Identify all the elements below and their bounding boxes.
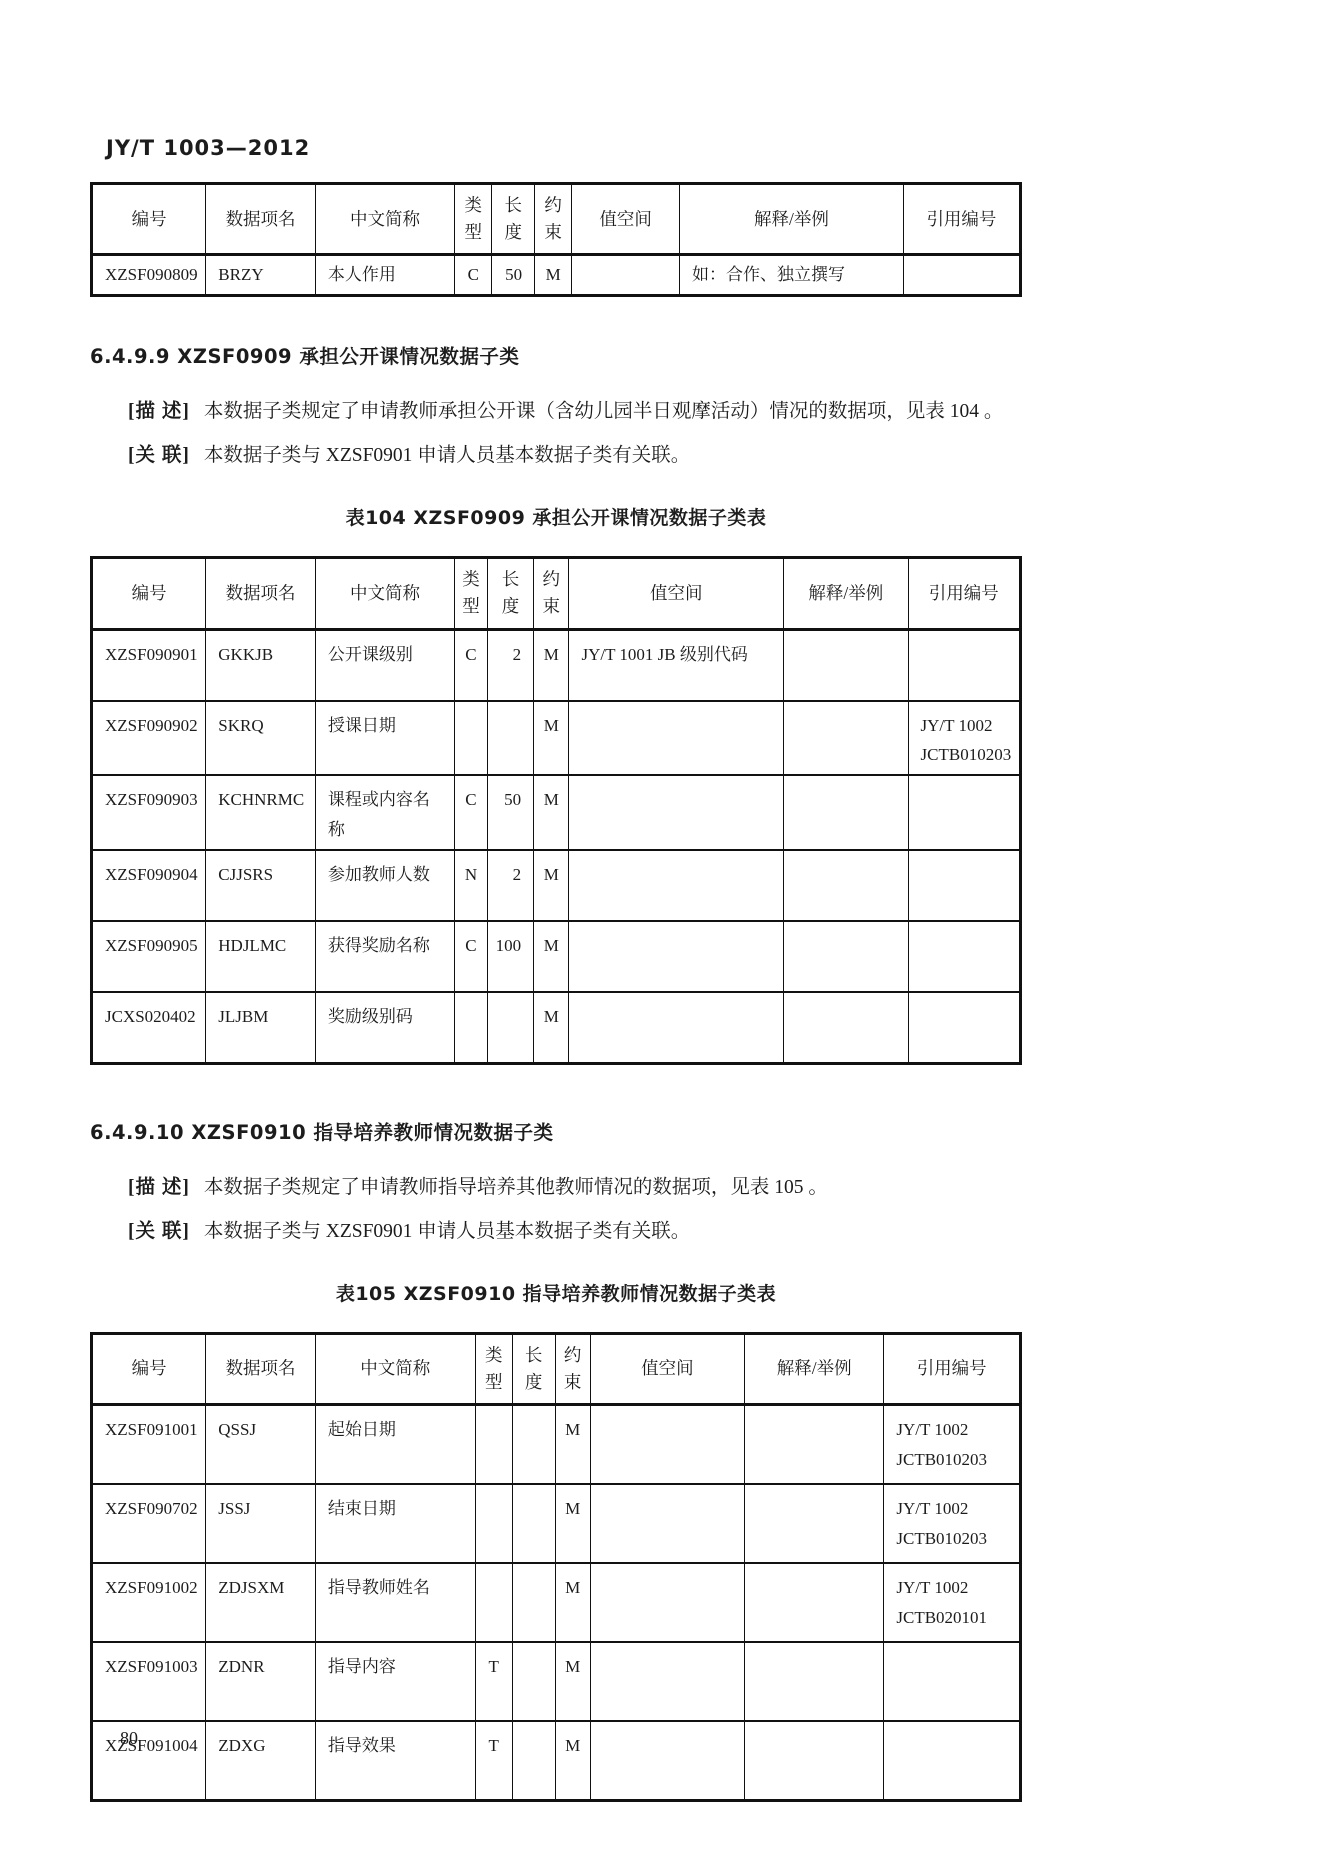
table-cell: 50 — [487, 775, 533, 850]
table-cell: 公开课级别 — [315, 629, 454, 701]
table-cell — [512, 1721, 555, 1801]
table-cell — [745, 1563, 884, 1642]
table-cell — [908, 992, 1020, 1064]
relation-text: 本数据子类与 XZSF0901 申请人员基本数据子类有关联。 — [204, 1221, 690, 1242]
table-cell — [745, 1721, 884, 1801]
table-cell: KCHNRMC — [206, 775, 316, 850]
table-cell: 获得奖励名称 — [315, 921, 454, 992]
column-header: 引用编号 — [908, 558, 1020, 629]
table-cell: XZSF091001 — [92, 1405, 206, 1485]
table-row: JCXS020402JLJBM奖励级别码M — [92, 992, 1021, 1064]
section-heading-6499: 6.4.9.9 XZSF0909 承担公开课情况数据子类 — [90, 341, 1022, 369]
table-cell: M — [555, 1563, 590, 1642]
table-cell: ZDXG — [206, 1721, 316, 1801]
column-header: 编号 — [92, 184, 206, 255]
table-cell: M — [555, 1484, 590, 1563]
table-cell: M — [534, 850, 569, 921]
column-header: 长 度 — [512, 1333, 555, 1404]
table-cell: 指导内容 — [315, 1642, 475, 1721]
column-header: 引用编号 — [884, 1333, 1021, 1404]
description-text: 本数据子类规定了申请教师承担公开课（含幼儿园半日观摩活动）情况的数据项，见表 1… — [204, 401, 1004, 422]
table-row: XZSF090901GKKJB公开课级别C2MJY/T 1001 JB 级别代码 — [92, 629, 1021, 701]
table-cell — [784, 629, 908, 701]
table-cell — [512, 1563, 555, 1642]
column-header: 长 度 — [487, 558, 533, 629]
table-cell — [908, 850, 1020, 921]
table-cell: 本人作用 — [315, 255, 454, 296]
table-cell — [487, 992, 533, 1064]
column-header: 数据项名 — [206, 558, 316, 629]
table-cell: JY/T 1002 JCTB010203 — [908, 701, 1020, 776]
column-header: 引用编号 — [903, 184, 1020, 255]
relation-text: 本数据子类与 XZSF0901 申请人员基本数据子类有关联。 — [204, 445, 690, 466]
table-cell — [475, 1405, 512, 1485]
table-cell — [784, 921, 908, 992]
table-cell — [908, 921, 1020, 992]
column-header: 值空间 — [590, 1333, 744, 1404]
document-page: JY/T 1003—2012 编号数据项名中文简称类 型长 度约 束值空间解释/… — [0, 0, 1323, 1871]
column-header: 中文简称 — [315, 184, 454, 255]
table-cell — [745, 1405, 884, 1485]
table-cell — [784, 850, 908, 921]
description-label: [描 述] — [128, 401, 190, 422]
table-cell — [590, 1563, 744, 1642]
table-row: XZSF090902SKRQ授课日期MJY/T 1002 JCTB010203 — [92, 701, 1021, 776]
table-cell — [590, 1721, 744, 1801]
table-cell: 指导教师姓名 — [315, 1563, 475, 1642]
column-header: 解释/举例 — [680, 184, 904, 255]
table-cell: XZSF090702 — [92, 1484, 206, 1563]
table-header-row: 编号数据项名中文简称类 型长 度约 束值空间解释/举例引用编号 — [92, 184, 1021, 255]
table-cell — [455, 992, 488, 1064]
table-cell: M — [534, 992, 569, 1064]
table-cell — [569, 992, 784, 1064]
table-cell: 奖励级别码 — [315, 992, 454, 1064]
table-cell: M — [535, 255, 572, 296]
table-row: XZSF091002ZDJSXM指导教师姓名MJY/T 1002 JCTB020… — [92, 1563, 1021, 1642]
column-header: 约 束 — [535, 184, 572, 255]
column-header: 类 型 — [475, 1333, 512, 1404]
table-cell: JCXS020402 — [92, 992, 206, 1064]
table-cell: JSSJ — [206, 1484, 316, 1563]
table-header-row: 编号数据项名中文简称类 型长 度约 束值空间解释/举例引用编号 — [92, 558, 1021, 629]
table-cell: M — [555, 1642, 590, 1721]
column-header: 约 束 — [534, 558, 569, 629]
column-header: 约 束 — [555, 1333, 590, 1404]
column-header: 解释/举例 — [784, 558, 908, 629]
table-105-caption: 表105 XZSF0910 指导培养教师情况数据子类表 — [90, 1279, 1022, 1306]
table-continuation: 编号数据项名中文简称类 型长 度约 束值空间解释/举例引用编号 XZSF0908… — [90, 182, 1022, 297]
table-cell — [908, 775, 1020, 850]
table-cell: JY/T 1002 JCTB010203 — [884, 1405, 1021, 1485]
table-cell: C — [455, 921, 488, 992]
table-cell: 课程或内容名称 — [315, 775, 454, 850]
description-paragraph: [描 述]本数据子类规定了申请教师承担公开课（含幼儿园半日观摩活动）情况的数据项… — [128, 395, 1022, 429]
table-row: XZSF090905HDJLMC获得奖励名称C100M — [92, 921, 1021, 992]
table-row: XZSF090702JSSJ结束日期MJY/T 1002 JCTB010203 — [92, 1484, 1021, 1563]
table-cell: M — [555, 1721, 590, 1801]
table-cell: HDJLMC — [206, 921, 316, 992]
table-cell — [784, 701, 908, 776]
column-header: 中文简称 — [315, 558, 454, 629]
table-cell — [569, 775, 784, 850]
table-cell: M — [555, 1405, 590, 1485]
table-cell: JY/T 1002 JCTB020101 — [884, 1563, 1021, 1642]
table-104: 编号数据项名中文简称类 型长 度约 束值空间解释/举例引用编号 XZSF0909… — [90, 556, 1022, 1064]
column-header: 中文简称 — [315, 1333, 475, 1404]
column-header: 数据项名 — [206, 1333, 316, 1404]
table-cell: 指导效果 — [315, 1721, 475, 1801]
table-cell — [884, 1721, 1021, 1801]
table-cell: SKRQ — [206, 701, 316, 776]
table-cell: 如：合作、独立撰写 — [680, 255, 904, 296]
section-heading-64910: 6.4.9.10 XZSF0910 指导培养教师情况数据子类 — [90, 1117, 1022, 1145]
table-105: 编号数据项名中文简称类 型长 度约 束值空间解释/举例引用编号 XZSF0910… — [90, 1332, 1022, 1802]
table-cell: JY/T 1001 JB 级别代码 — [569, 629, 784, 701]
column-header: 编号 — [92, 558, 206, 629]
table-cell: M — [534, 921, 569, 992]
table-cell: 2 — [487, 850, 533, 921]
table-cell — [572, 255, 680, 296]
table-cell: ZDJSXM — [206, 1563, 316, 1642]
table-cell — [784, 775, 908, 850]
table-body: XZSF091001QSSJ起始日期MJY/T 1002 JCTB010203X… — [92, 1405, 1021, 1801]
header-row: 编号数据项名中文简称类 型长 度约 束值空间解释/举例引用编号 — [92, 184, 1021, 255]
table-cell: 100 — [487, 921, 533, 992]
table-cell — [569, 701, 784, 776]
table-cell: 2 — [487, 629, 533, 701]
table-cell — [512, 1405, 555, 1485]
column-header: 数据项名 — [206, 184, 316, 255]
relation-paragraph: [关 联]本数据子类与 XZSF0901 申请人员基本数据子类有关联。 — [128, 1215, 1022, 1249]
column-header: 编号 — [92, 1333, 206, 1404]
column-header: 值空间 — [569, 558, 784, 629]
table-cell — [569, 850, 784, 921]
table-cell: T — [475, 1642, 512, 1721]
document-code: JY/T 1003—2012 — [106, 136, 1022, 160]
table-cell: XZSF090904 — [92, 850, 206, 921]
table-cell: M — [534, 701, 569, 776]
table-cell — [512, 1642, 555, 1721]
relation-paragraph: [关 联]本数据子类与 XZSF0901 申请人员基本数据子类有关联。 — [128, 439, 1022, 473]
table-cell: N — [455, 850, 488, 921]
description-text: 本数据子类规定了申请教师指导培养其他教师情况的数据项，见表 105 。 — [204, 1177, 828, 1198]
table-row: XZSF091003ZDNR指导内容TM — [92, 1642, 1021, 1721]
table-cell: C — [455, 775, 488, 850]
header-row: 编号数据项名中文简称类 型长 度约 束值空间解释/举例引用编号 — [92, 1333, 1021, 1404]
table-cell: C — [455, 629, 488, 701]
table-cell — [455, 701, 488, 776]
table-cell: XZSF091002 — [92, 1563, 206, 1642]
table-cell — [745, 1642, 884, 1721]
table-cell — [784, 992, 908, 1064]
description-paragraph: [描 述]本数据子类规定了申请教师指导培养其他教师情况的数据项，见表 105 。 — [128, 1171, 1022, 1205]
table-row: XZSF090903KCHNRMC课程或内容名称C50M — [92, 775, 1021, 850]
table-cell: GKKJB — [206, 629, 316, 701]
table-cell — [590, 1405, 744, 1485]
table-cell — [745, 1484, 884, 1563]
table-104-caption: 表104 XZSF0909 承担公开课情况数据子类表 — [90, 503, 1022, 530]
table-cell — [884, 1642, 1021, 1721]
table-cell: XZSF091004 — [92, 1721, 206, 1801]
page-number: 80 — [120, 1728, 138, 1749]
table-cell — [908, 629, 1020, 701]
table-cell: 50 — [492, 255, 535, 296]
column-header: 值空间 — [572, 184, 680, 255]
column-header: 类 型 — [455, 558, 488, 629]
column-header: 类 型 — [455, 184, 492, 255]
table-cell — [475, 1484, 512, 1563]
table-cell: 授课日期 — [315, 701, 454, 776]
table-row: XZSF091004ZDXG指导效果TM — [92, 1721, 1021, 1801]
table-cell: 结束日期 — [315, 1484, 475, 1563]
column-header: 长 度 — [492, 184, 535, 255]
table-cell: 参加教师人数 — [315, 850, 454, 921]
column-header: 解释/举例 — [745, 1333, 884, 1404]
table-cell: BRZY — [206, 255, 316, 296]
table-cell: 起始日期 — [315, 1405, 475, 1485]
table-cell — [903, 255, 1020, 296]
table-cell — [512, 1484, 555, 1563]
table-cell: XZSF090809 — [92, 255, 206, 296]
table-cell: ZDNR — [206, 1642, 316, 1721]
table-cell: XZSF090903 — [92, 775, 206, 850]
header-row: 编号数据项名中文简称类 型长 度约 束值空间解释/举例引用编号 — [92, 558, 1021, 629]
table-row: XZSF090904CJJSRS参加教师人数N2M — [92, 850, 1021, 921]
table-cell: CJJSRS — [206, 850, 316, 921]
table-cell: XZSF091003 — [92, 1642, 206, 1721]
table-cell — [487, 701, 533, 776]
table-cell: XZSF090905 — [92, 921, 206, 992]
table-cell: M — [534, 629, 569, 701]
table-body: XZSF090901GKKJB公开课级别C2MJY/T 1001 JB 级别代码… — [92, 629, 1021, 1063]
table-row: XZSF090809BRZY本人作用C50M如：合作、独立撰写 — [92, 255, 1021, 296]
table-cell: JLJBM — [206, 992, 316, 1064]
relation-label: [关 联] — [128, 445, 190, 466]
relation-label: [关 联] — [128, 1221, 190, 1242]
description-label: [描 述] — [128, 1177, 190, 1198]
table-cell: T — [475, 1721, 512, 1801]
table-cell: C — [455, 255, 492, 296]
table-cell: XZSF090901 — [92, 629, 206, 701]
table-cell: XZSF090902 — [92, 701, 206, 776]
table-cell — [475, 1563, 512, 1642]
table-cell: M — [534, 775, 569, 850]
table-row: XZSF091001QSSJ起始日期MJY/T 1002 JCTB010203 — [92, 1405, 1021, 1485]
table-cell: QSSJ — [206, 1405, 316, 1485]
table-cell — [590, 1642, 744, 1721]
table-cell: JY/T 1002 JCTB010203 — [884, 1484, 1021, 1563]
table-header-row: 编号数据项名中文简称类 型长 度约 束值空间解释/举例引用编号 — [92, 1333, 1021, 1404]
table-body: XZSF090809BRZY本人作用C50M如：合作、独立撰写 — [92, 255, 1021, 296]
table-cell — [569, 921, 784, 992]
table-cell — [590, 1484, 744, 1563]
